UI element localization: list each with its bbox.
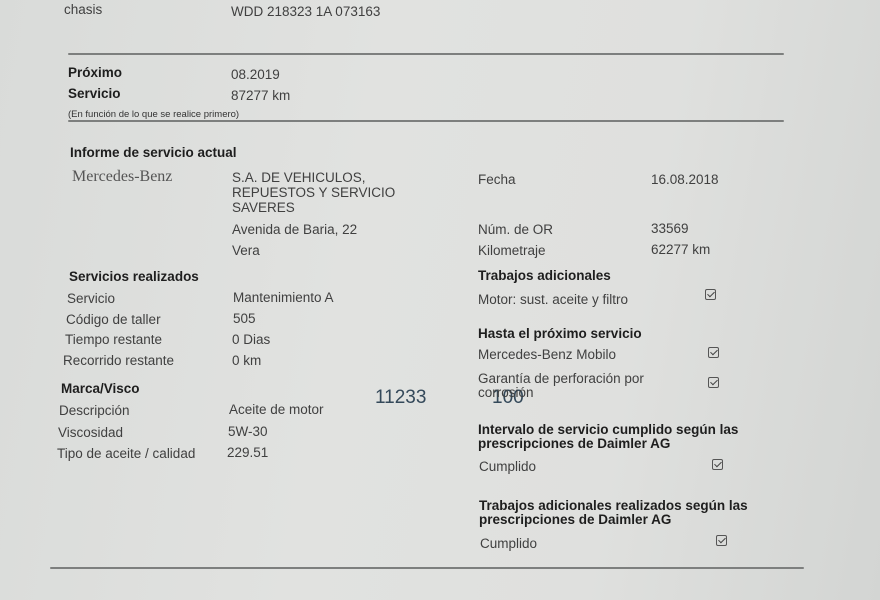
- additional-work-heading: Trabajos adicionales: [478, 268, 611, 283]
- dealer-name-3: SAVERES: [232, 201, 295, 215]
- divider: [50, 567, 804, 569]
- oil-heading: Marca/Visco: [61, 381, 140, 396]
- dealer-city: Vera: [232, 243, 260, 258]
- or-value: 33569: [651, 221, 689, 236]
- oil-row-label: Viscosidad: [58, 425, 123, 440]
- next-service-note: (En función de lo que se realice primero…: [68, 109, 239, 120]
- km-label: Kilometraje: [478, 243, 546, 258]
- additional-compliance-heading-1: Trabajos adicionales realizados según la…: [479, 499, 748, 513]
- checkbox-checked-icon: [716, 535, 727, 546]
- chassis-label: chasis: [64, 2, 102, 17]
- oil-row-value: 5W-30: [228, 424, 268, 439]
- next-service-km: 87277 km: [231, 88, 290, 103]
- checkbox-checked-icon: [708, 377, 719, 388]
- date-label: Fecha: [478, 172, 516, 187]
- until-next-item: Mercedes-Benz Mobilo: [478, 347, 616, 362]
- stamp-number-left: 11233: [375, 387, 426, 409]
- oil-row-value: 229.51: [227, 445, 268, 460]
- service-row-value: 505: [233, 311, 256, 326]
- km-value: 62277 km: [651, 242, 710, 257]
- dealer-name-1: S.A. DE VEHICULOS,: [232, 171, 366, 185]
- interval-heading-1: Intervalo de servicio cumplido según las: [478, 423, 738, 437]
- next-service-label-1: Próximo: [68, 65, 122, 80]
- services-done-heading: Servicios realizados: [69, 269, 199, 284]
- oil-row-label: Descripción: [59, 403, 130, 418]
- service-row-label: Recorrido restante: [63, 353, 174, 368]
- divider: [68, 53, 784, 55]
- until-next-item: Garantía de perforación por corrosión: [478, 372, 678, 400]
- additional-compliance-status: Cumplido: [480, 536, 537, 551]
- dealer-address: Avenida de Baria, 22: [232, 222, 357, 237]
- divider: [68, 120, 784, 122]
- service-row-label: Tiempo restante: [65, 332, 162, 347]
- interval-status: Cumplido: [479, 459, 536, 474]
- checkbox-checked-icon: [705, 289, 716, 300]
- service-row-value: 0 km: [232, 353, 261, 368]
- interval-heading-2: prescripciones de Daimler AG: [478, 437, 670, 451]
- dealer-name-2: REPUESTOS Y SERVICIO: [232, 186, 395, 200]
- or-label: Núm. de OR: [478, 222, 553, 237]
- chassis-value: WDD 218323 1A 073163: [231, 4, 380, 19]
- checkbox-checked-icon: [708, 347, 719, 358]
- next-service-label-2: Servicio: [68, 86, 121, 101]
- service-row-label: Código de taller: [66, 312, 161, 327]
- current-report-heading: Informe de servicio actual: [70, 145, 237, 160]
- service-row-value: Mantenimiento A: [233, 290, 334, 305]
- oil-row-value: Aceite de motor: [229, 402, 324, 417]
- additional-work-item: Motor: sust. aceite y filtro: [478, 292, 628, 307]
- date-value: 16.08.2018: [651, 172, 719, 187]
- service-row-value: 0 Dias: [232, 332, 270, 347]
- brand-logo-text: Mercedes-Benz: [72, 168, 172, 186]
- checkbox-checked-icon: [712, 459, 723, 470]
- until-next-heading: Hasta el próximo servicio: [478, 326, 642, 341]
- next-service-date: 08.2019: [231, 67, 280, 82]
- additional-compliance-heading-2: prescripciones de Daimler AG: [479, 513, 671, 527]
- service-row-label: Servicio: [67, 291, 115, 306]
- oil-row-label: Tipo de aceite / calidad: [57, 446, 195, 461]
